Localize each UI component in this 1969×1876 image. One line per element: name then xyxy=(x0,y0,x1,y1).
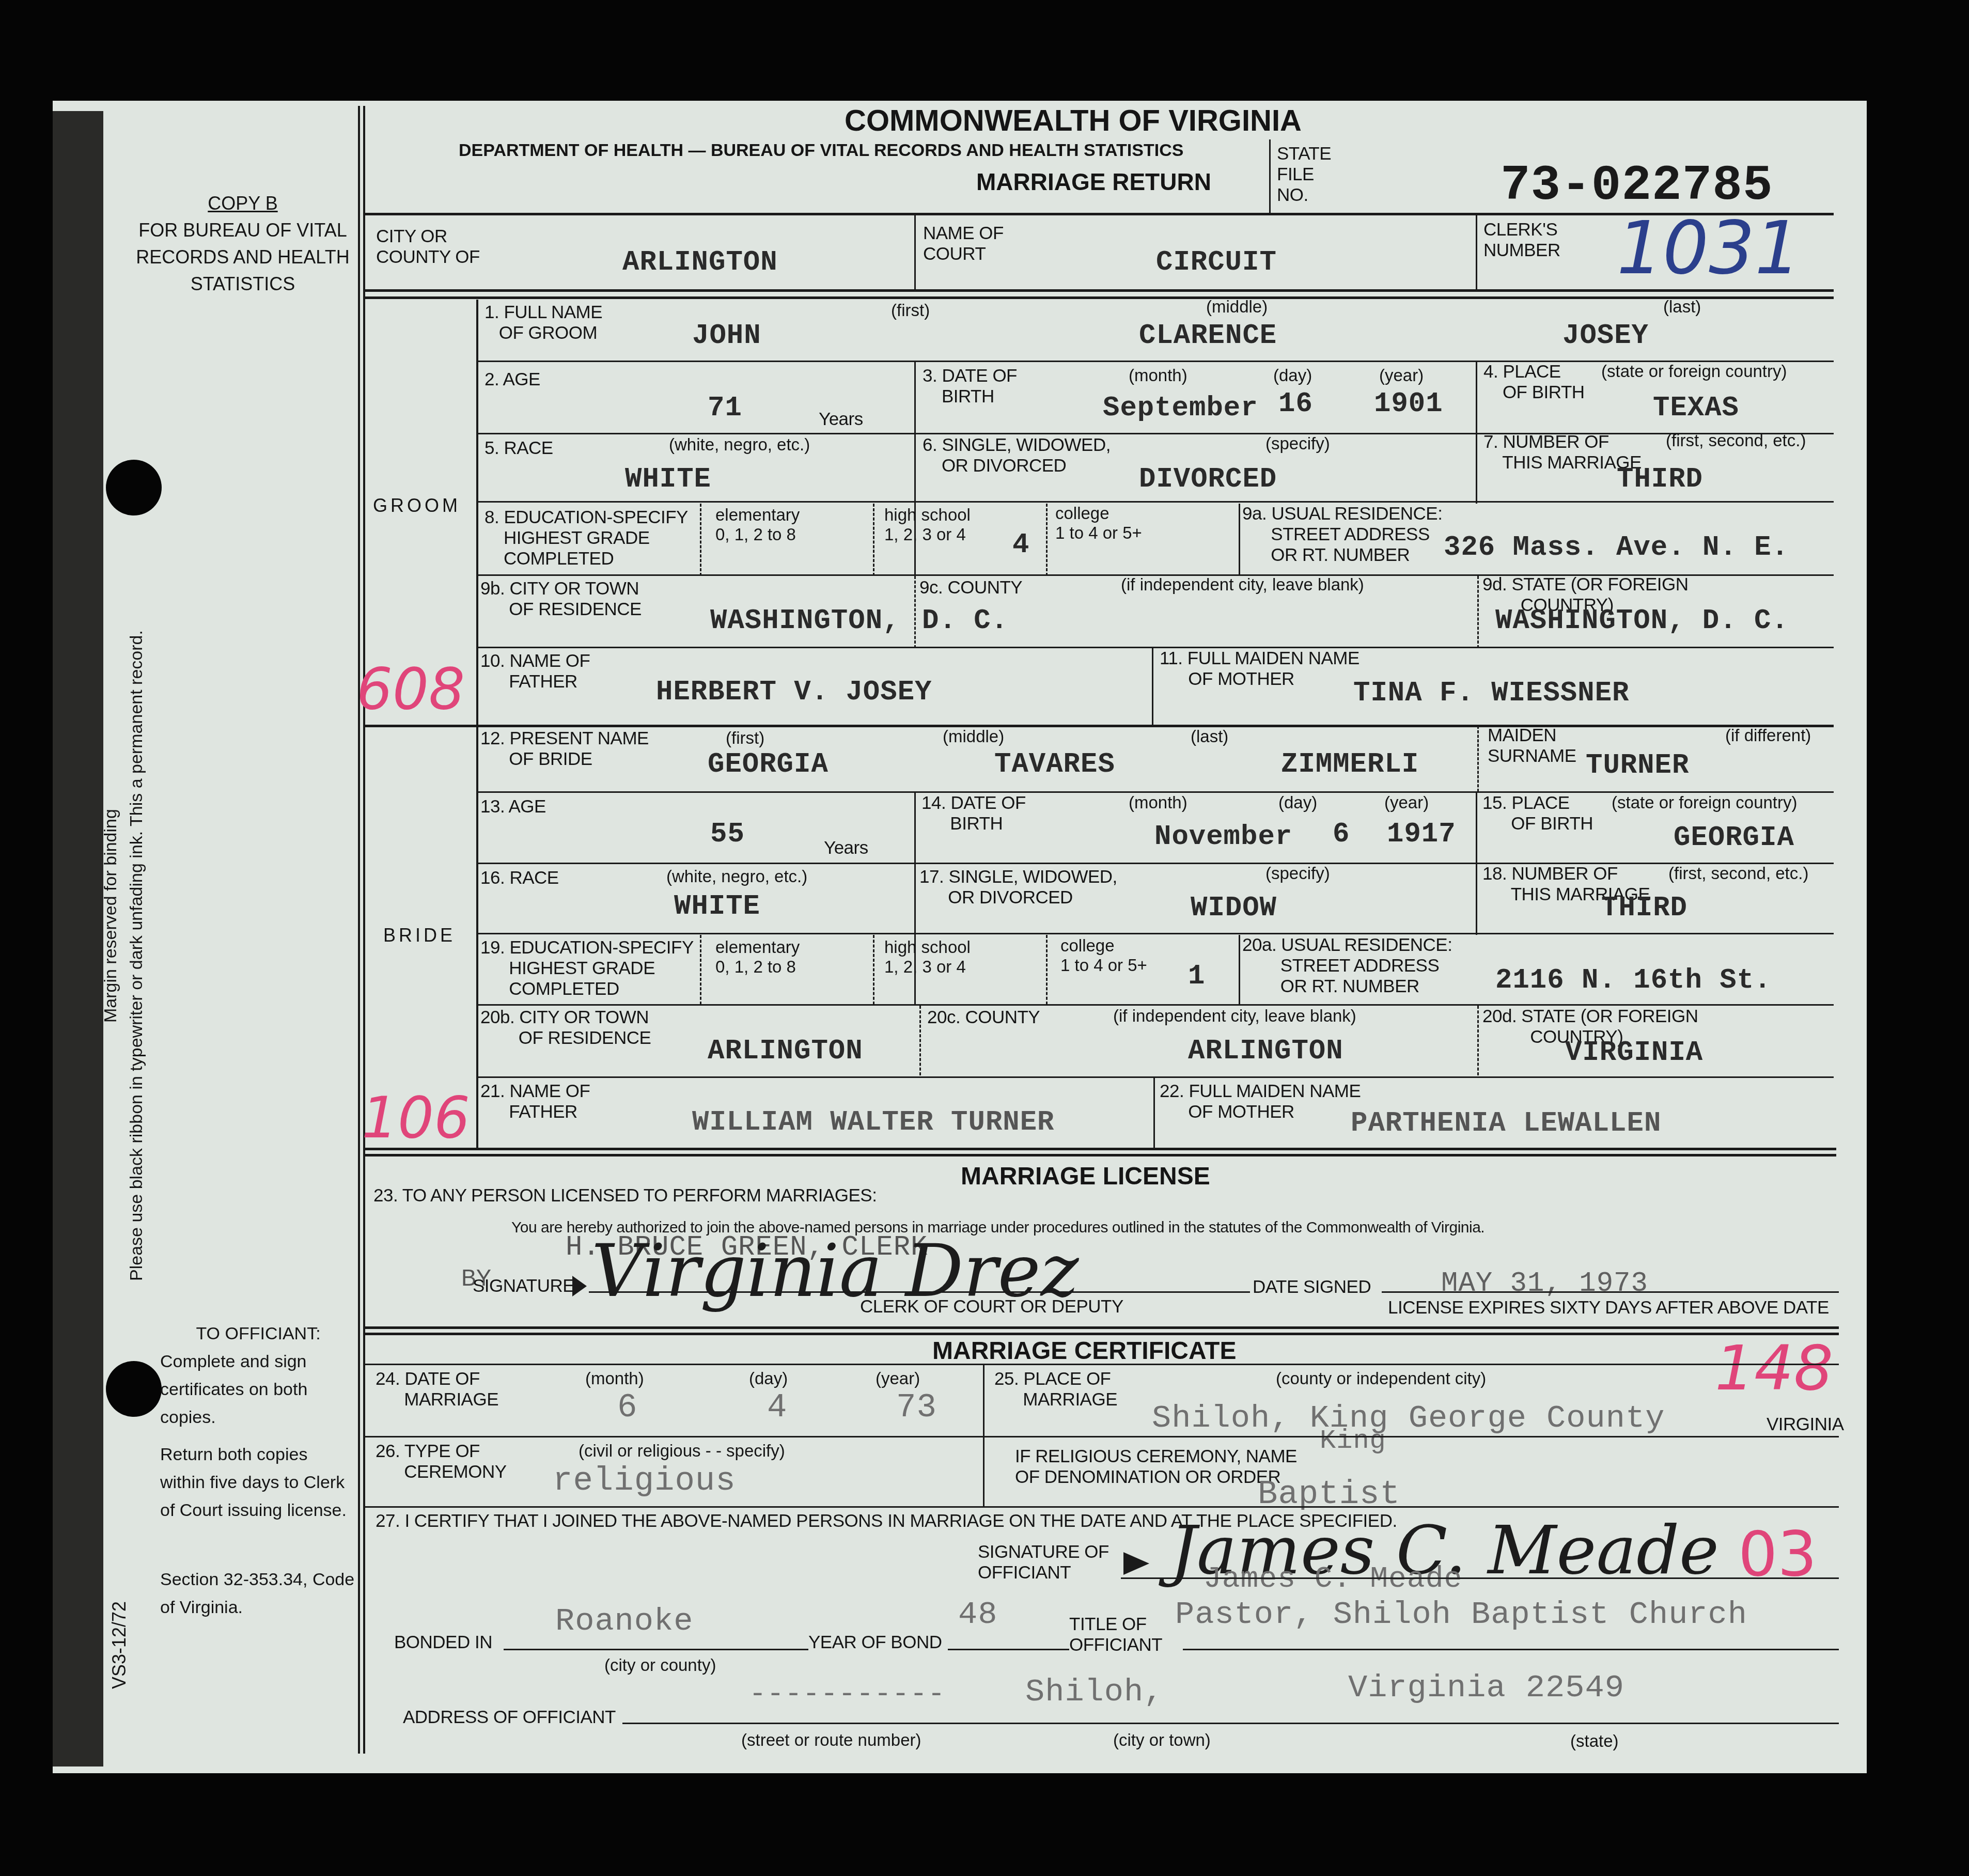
groom-section-label: GROOM xyxy=(373,495,461,517)
year-of-bond-label: YEAR OF BOND xyxy=(808,1632,942,1653)
groom-county[interactable]: D. C. xyxy=(922,605,1008,637)
clerk-caption: CLERK OF COURT OR DEPUTY xyxy=(860,1296,1123,1317)
bride-margin-note: 106 xyxy=(362,1085,470,1151)
bride-maiden-surname[interactable]: TURNER xyxy=(1586,750,1689,781)
clerk-number-label: CLERK'S NUMBER xyxy=(1483,220,1560,261)
bride-section-label: BRIDE xyxy=(383,925,456,946)
bride-age-label: 13. AGE xyxy=(480,796,546,817)
rule xyxy=(700,504,701,576)
county-hint: (if independent city, leave blank) xyxy=(1121,575,1364,595)
groom-age-label: 2. AGE xyxy=(485,369,540,390)
marriage-place[interactable]: Shiloh, King George County xyxy=(1152,1400,1665,1436)
rule xyxy=(873,504,874,576)
state-title: COMMONWEALTH OF VIRGINIA xyxy=(845,103,1302,138)
title-line xyxy=(1183,1649,1839,1650)
pob-hint: (state or foreign country) xyxy=(1601,362,1787,381)
specify-hint: (specify) xyxy=(1265,864,1330,883)
license-cert-rule-1 xyxy=(364,1326,1839,1329)
groom-education-label: 8. EDUCATION-SPECIFY HIGHEST GRADE COMPL… xyxy=(485,507,688,569)
elementary-hint: elementary 0, 1, 2 to 8 xyxy=(715,505,800,544)
groom-race[interactable]: WHITE xyxy=(625,464,711,495)
groom-dob-label: 3. DATE OF BIRTH xyxy=(923,366,1017,407)
marriage-state: VIRGINIA xyxy=(1767,1414,1844,1435)
bride-pob[interactable]: GEORGIA xyxy=(1674,822,1794,854)
marriage-date-label: 24. DATE OF MARRIAGE xyxy=(376,1369,498,1410)
binding-margin-band xyxy=(53,111,103,1766)
day-hint: (day) xyxy=(1278,793,1317,812)
rule xyxy=(919,1006,921,1075)
if-different-hint: (if different) xyxy=(1725,726,1811,745)
bride-county[interactable]: ARLINGTON xyxy=(1188,1036,1343,1067)
groom-pob[interactable]: TEXAS xyxy=(1653,393,1739,424)
groom-residence-label: 9a. USUAL RESIDENCE: STREET ADDRESS OR R… xyxy=(1242,504,1442,566)
groom-marriage-number[interactable]: THIRD xyxy=(1617,464,1703,495)
ceremony-type-label: 26. TYPE OF CEREMONY xyxy=(376,1441,507,1482)
rule xyxy=(1477,1006,1479,1075)
last-hint: (last) xyxy=(1191,727,1228,746)
groom-state[interactable]: WASHINGTON, D. C. xyxy=(1495,605,1789,637)
rule xyxy=(1152,648,1153,726)
court-row-rule-1 xyxy=(364,289,1834,292)
race-hint: (white, negro, etc.) xyxy=(666,867,807,886)
rule xyxy=(1477,726,1479,792)
signature-arrow-icon xyxy=(572,1276,587,1296)
copy-b-block: COPY B FOR BUREAU OF VITAL RECORDS AND H… xyxy=(129,190,356,298)
punch-hole-top xyxy=(106,460,162,515)
rule xyxy=(477,501,1834,503)
day-hint: (day) xyxy=(749,1369,788,1388)
first-hint: (first) xyxy=(891,301,930,320)
rule xyxy=(364,1364,1839,1365)
groom-city-label: 9b. CITY OR TOWN OF RESIDENCE xyxy=(480,579,642,620)
groom-high-school-grade[interactable]: 4 xyxy=(1012,529,1029,561)
address-street[interactable]: ----------- xyxy=(749,1678,946,1711)
place-hint: (county or independent city) xyxy=(1276,1369,1486,1388)
rule xyxy=(477,647,1834,648)
bride-county-label: 20c. COUNTY xyxy=(927,1007,1040,1028)
bride-mother[interactable]: PARTHENIA LEWALLEN xyxy=(1351,1108,1661,1139)
bride-maiden-label: MAIDEN SURNAME xyxy=(1488,725,1576,767)
bride-city[interactable]: ARLINGTON xyxy=(708,1036,863,1067)
groom-father-label: 10. NAME OF FATHER xyxy=(480,651,590,692)
rule xyxy=(983,1437,984,1507)
marriage-month[interactable]: 6 xyxy=(617,1389,637,1427)
groom-father[interactable]: HERBERT V. JOSEY xyxy=(656,677,932,708)
rule xyxy=(1239,935,1240,1005)
rule xyxy=(1477,576,1479,648)
copy-label: COPY B xyxy=(129,190,356,217)
groom-age[interactable]: 71 xyxy=(708,393,742,424)
rule xyxy=(1239,504,1240,576)
groom-city[interactable]: WASHINGTON, xyxy=(710,605,900,637)
officiant-typed-name: James C. Meade xyxy=(1204,1562,1462,1596)
marriage-year[interactable]: 73 xyxy=(896,1389,937,1427)
to-officiant-instruction-2: Return both copies within five days to C… xyxy=(160,1441,356,1524)
groom-first-name[interactable]: JOHN xyxy=(692,320,761,352)
rule xyxy=(1046,935,1048,1005)
certificate-margin-note-bottom: 03 xyxy=(1738,1519,1817,1590)
bride-age[interactable]: 55 xyxy=(710,819,745,850)
rule xyxy=(364,1506,1839,1508)
officiant-signature-label: SIGNATURE OF OFFICIANT xyxy=(978,1542,1109,1583)
bride-race-label: 16. RACE xyxy=(480,868,559,888)
groom-middle-name[interactable]: CLARENCE xyxy=(1139,320,1277,352)
groom-mother-label: 11. FULL MAIDEN NAME OF MOTHER xyxy=(1160,648,1359,690)
bride-pob-label: 15. PLACE OF BIRTH xyxy=(1482,793,1593,834)
court-row-divider-1 xyxy=(914,214,916,289)
bride-father[interactable]: WILLIAM WALTER TURNER xyxy=(692,1107,1055,1138)
groom-dob-month[interactable]: September xyxy=(1103,393,1258,424)
officiant-title[interactable]: Pastor, Shiloh Baptist Church xyxy=(1175,1596,1747,1633)
college-hint: college 1 to 4 or 5+ xyxy=(1060,936,1147,975)
year-of-bond[interactable]: 48 xyxy=(958,1596,997,1633)
state-caption: (state) xyxy=(1570,1731,1619,1751)
bride-father-label: 21. NAME OF FATHER xyxy=(480,1081,590,1122)
first-hint: (first) xyxy=(726,728,764,748)
license-expiry-note: LICENSE EXPIRES SIXTY DAYS AFTER ABOVE D… xyxy=(1388,1297,1829,1318)
date-signed-label: DATE SIGNED xyxy=(1253,1277,1371,1297)
signature-arrow-icon xyxy=(1123,1552,1149,1575)
to-officiant-title: TO OFFICIANT: xyxy=(160,1320,356,1348)
middle-hint: (middle) xyxy=(943,727,1004,746)
marriage-place-correction: King xyxy=(1320,1426,1386,1456)
middle-hint: (middle) xyxy=(1206,297,1268,317)
bride-street-address[interactable]: 2116 N. 16th St. xyxy=(1495,965,1771,996)
bride-marriage-number[interactable]: THIRD xyxy=(1601,893,1687,924)
county-hint: (if independent city, leave blank) xyxy=(1113,1006,1356,1026)
bonded-in[interactable]: Roanoke xyxy=(555,1603,693,1639)
groom-county-label: 9c. COUNTY xyxy=(919,577,1022,598)
groom-status[interactable]: DIVORCED xyxy=(1139,464,1277,495)
city-county-caption: (city or county) xyxy=(604,1655,716,1675)
address-label: ADDRESS OF OFFICIANT xyxy=(403,1707,616,1728)
years-label: Years xyxy=(824,838,868,858)
last-hint: (last) xyxy=(1663,297,1701,317)
state-file-number: 73-022785 xyxy=(1501,158,1773,214)
bride-dob-month[interactable]: November xyxy=(1154,821,1292,853)
groom-dob-day[interactable]: 16 xyxy=(1278,388,1313,420)
marriage-number-hint: (first, second, etc.) xyxy=(1668,864,1808,883)
bride-race[interactable]: WHITE xyxy=(674,891,760,923)
groom-last-name[interactable]: JOSEY xyxy=(1562,320,1649,352)
month-hint: (month) xyxy=(1129,793,1187,812)
rule xyxy=(873,935,874,1005)
groom-street-address[interactable]: 326 Mass. Ave. N. E. xyxy=(1444,532,1789,564)
to-any-person: 23. TO ANY PERSON LICENSED TO PERFORM MA… xyxy=(373,1185,877,1206)
bride-mother-label: 22. FULL MAIDEN NAME OF MOTHER xyxy=(1160,1081,1361,1122)
bonded-line xyxy=(504,1649,808,1650)
groom-pob-label: 4. PLACE OF BIRTH xyxy=(1483,362,1585,403)
signature-label: SIGNATURE xyxy=(473,1276,574,1296)
year-hint: (year) xyxy=(876,1369,920,1388)
state-file-label: STATE FILE NO. xyxy=(1277,144,1331,206)
bride-dob-label: 14. DATE OF BIRTH xyxy=(921,793,1026,834)
high-school-hint: high school 1, 2, 3 or 4 xyxy=(884,505,971,544)
to-officiant-block: TO OFFICIANT: Complete and sign certific… xyxy=(160,1320,356,1621)
court-name-value[interactable]: CIRCUIT xyxy=(1156,247,1277,278)
address-state[interactable]: Virginia 22549 xyxy=(1348,1669,1624,1706)
groom-name-label: 1. FULL NAME OF GROOM xyxy=(485,302,602,343)
copy-description: FOR BUREAU OF VITAL RECORDS AND HEALTH S… xyxy=(129,217,356,298)
certificate-margin-note-top: 148 xyxy=(1715,1333,1833,1404)
clerk-number-value[interactable]: 1031 xyxy=(1617,207,1801,291)
street-caption: (street or route number) xyxy=(741,1730,921,1750)
address-line xyxy=(622,1723,1839,1724)
bride-middle-name[interactable]: TAVARES xyxy=(994,749,1115,780)
bride-first-name[interactable]: GEORGIA xyxy=(708,749,829,780)
specify-hint: (specify) xyxy=(1265,434,1330,454)
race-hint: (white, negro, etc.) xyxy=(669,435,810,455)
signature-line xyxy=(1121,1577,1839,1579)
date-line xyxy=(1382,1291,1839,1293)
bride-residence-label: 20a. USUAL RESIDENCE: STREET ADDRESS OR … xyxy=(1242,935,1452,997)
header-divider xyxy=(1269,139,1271,214)
denomination-label: IF RELIGIOUS CEREMONY, NAME OF DENOMINAT… xyxy=(1015,1446,1297,1488)
rule xyxy=(477,1076,1834,1078)
binding-note: Margin reserved for binding xyxy=(101,809,121,1023)
rule xyxy=(1046,504,1048,576)
bride-college-grade[interactable]: 1 xyxy=(1188,961,1205,992)
bond-year-line xyxy=(948,1649,1069,1650)
year-hint: (year) xyxy=(1384,793,1429,812)
signature-line xyxy=(589,1291,1250,1293)
city-county-value[interactable]: ARLINGTON xyxy=(622,247,778,278)
code-section-reference: Section 32-353.34, Code of Virginia. xyxy=(160,1566,356,1621)
marriage-day[interactable]: 4 xyxy=(767,1389,787,1427)
marriage-number-hint: (first, second, etc.) xyxy=(1666,431,1806,450)
month-hint: (month) xyxy=(585,1369,644,1388)
year-hint: (year) xyxy=(1379,366,1424,385)
court-name-label: NAME OF COURT xyxy=(923,223,1004,264)
license-cert-rule-2 xyxy=(364,1333,1839,1335)
bonded-in-label: BONDED IN xyxy=(394,1632,492,1653)
rule xyxy=(1153,1077,1155,1149)
bride-last-name[interactable]: ZIMMERLI xyxy=(1281,749,1419,780)
groom-race-label: 5. RACE xyxy=(485,438,553,459)
header-rule xyxy=(364,213,1834,215)
marriage-place-label: 25. PLACE OF MARRIAGE xyxy=(994,1369,1117,1410)
ceremony-type[interactable]: religious xyxy=(553,1463,736,1500)
groom-mother[interactable]: TINA F. WIESSNER xyxy=(1353,678,1629,709)
certificate-title: MARRIAGE CERTIFICATE xyxy=(932,1337,1236,1365)
city-caption: (city or town) xyxy=(1113,1730,1211,1750)
punch-hole-bottom xyxy=(106,1361,162,1417)
bride-dob-year[interactable]: 1917 xyxy=(1387,819,1456,850)
years-label: Years xyxy=(819,409,863,430)
date-signed[interactable]: MAY 31, 1973 xyxy=(1441,1268,1648,1300)
day-hint: (day) xyxy=(1273,366,1312,385)
bride-dob-day[interactable]: 6 xyxy=(1333,819,1350,850)
rule xyxy=(700,935,701,1005)
officiant-title-label: TITLE OF OFFICIANT xyxy=(1069,1614,1162,1655)
bride-license-rule-1 xyxy=(364,1148,1836,1150)
ceremony-hint: (civil or religious - - specify) xyxy=(579,1441,785,1461)
pob-hint: (state or foreign country) xyxy=(1612,793,1798,812)
groom-bride-divider xyxy=(364,725,1834,727)
court-row-rule-2 xyxy=(364,296,1834,299)
college-hint: college 1 to 4 or 5+ xyxy=(1055,504,1142,543)
address-city[interactable]: Shiloh, xyxy=(1025,1674,1163,1710)
bride-education-label: 19. EDUCATION-SPECIFY HIGHEST GRADE COMP… xyxy=(480,937,694,999)
form-number: VS3-12/72 xyxy=(108,1601,130,1689)
bride-state[interactable]: VIRGINIA xyxy=(1565,1037,1703,1069)
denomination[interactable]: Baptist xyxy=(1258,1476,1400,1513)
bride-status[interactable]: WIDOW xyxy=(1191,893,1277,924)
groom-dob-year[interactable]: 1901 xyxy=(1374,388,1443,420)
month-hint: (month) xyxy=(1129,366,1187,385)
rule xyxy=(364,1436,1839,1437)
rule xyxy=(914,576,916,648)
to-officiant-instruction-1: Complete and sign certificates on both c… xyxy=(160,1348,356,1431)
bride-status-label: 17. SINGLE, WIDOWED, OR DIVORCED xyxy=(919,867,1117,908)
department-title: DEPARTMENT OF HEALTH — BUREAU OF VITAL R… xyxy=(459,140,1183,161)
groom-margin-note: 608 xyxy=(356,656,465,722)
bride-name-label: 12. PRESENT NAME OF BRIDE xyxy=(480,728,649,770)
rule xyxy=(477,1004,1834,1006)
rule xyxy=(914,362,916,579)
form-border-left-outer xyxy=(358,106,360,1754)
rule xyxy=(477,933,1834,934)
bride-license-rule-2 xyxy=(364,1154,1836,1156)
elementary-hint: elementary 0, 1, 2 to 8 xyxy=(715,937,800,977)
city-county-label: CITY OR COUNTY OF xyxy=(376,226,480,268)
high-school-hint: high school 1, 2, 3 or 4 xyxy=(884,937,971,977)
bride-city-label: 20b. CITY OR TOWN OF RESIDENCE xyxy=(480,1007,651,1049)
court-row-divider-2 xyxy=(1476,214,1477,289)
form-title: MARRIAGE RETURN xyxy=(976,168,1211,196)
license-title: MARRIAGE LICENSE xyxy=(961,1162,1210,1191)
ink-note: Please use black ribbon in typewriter or… xyxy=(127,630,147,1281)
groom-status-label: 6. SINGLE, WIDOWED, OR DIVORCED xyxy=(923,435,1111,476)
